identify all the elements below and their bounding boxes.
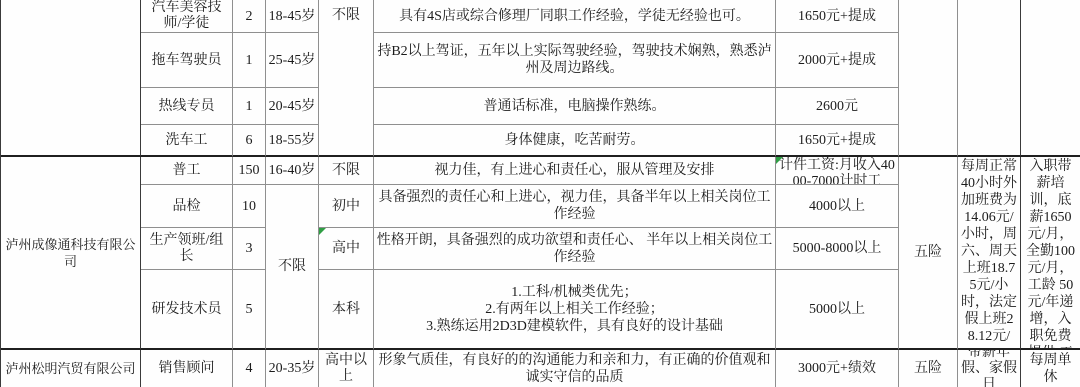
headcount-cell: 150 — [233, 157, 266, 185]
requirements-cell: 持B2以上驾证，五年以上实际驾驶经验，驾驶技术娴熟，熟悉泸州及周边路线。 — [374, 33, 776, 88]
insurance-cell: 五险 — [899, 157, 958, 350]
company-cell: 泸州成像通科技有限公司 — [1, 157, 141, 350]
requirements-cell: 形象气质佳，有良好的的沟通能力和亲和力，有正确的价值观和诚实守信的品质 — [374, 350, 776, 387]
salary-cell: 4000以上 — [776, 185, 899, 228]
age-range-cell: 16-40岁 — [266, 157, 319, 185]
requirements-cell: 普通话标准，电脑操作熟练。 — [374, 88, 776, 125]
salary-text: 计件工资:月收入4000-7000计时工 — [778, 158, 896, 185]
age-range-cell: 20-35岁 — [266, 350, 319, 387]
education-cell: 高中 — [319, 228, 374, 270]
salary-cell: 2600元 — [776, 88, 899, 125]
work-schedule-cell: 每周正常40小时外加班费为14.06元/小时，周六、周天上班18.75元/小时，… — [958, 157, 1021, 350]
green-triangle-icon — [776, 157, 783, 164]
work-schedule-cell — [958, 0, 1021, 157]
age-range-cell: 18-55岁 — [266, 125, 319, 157]
age-range-cell: 18-45岁 — [266, 0, 319, 33]
age-range-cell: 不限 — [266, 185, 319, 350]
salary-cell: 3000元+绩效 — [776, 350, 899, 387]
education-cell: 高中以上 — [319, 350, 374, 387]
salary-cell: 5000-8000以上 — [776, 228, 899, 270]
headcount-cell: 5 — [233, 270, 266, 350]
headcount-cell: 3 — [233, 228, 266, 270]
education-cell: 初中 — [319, 185, 374, 228]
requirements-cell: 性格开朗，具备强烈的成功欲望和责任心、 半年以上相关岗位工作经验 — [374, 228, 776, 270]
salary-cell: 5000以上 — [776, 270, 899, 350]
job-listings-table: 汽车美容技师/学徒 2 18-45岁 具有4S店或综合修理厂同职工作经验，学徒无… — [0, 0, 1080, 387]
salary-cell: 1650元+提成 — [776, 0, 899, 33]
salary-cell: 1650元+提成 — [776, 125, 899, 157]
benefits-cell: 每周单休 — [1021, 350, 1080, 387]
headcount-cell: 2 — [233, 0, 266, 33]
education-cell: 不限 — [319, 157, 374, 185]
job-title-cell: 热线专员 — [141, 88, 233, 125]
requirements-cell: 具备强烈的责任心和上进心，视力佳，具备半年以上相关岗位工作经验 — [374, 185, 776, 228]
job-title-cell: 品检 — [141, 185, 233, 228]
job-title-cell: 洗车工 — [141, 125, 233, 157]
job-title-cell: 销售顾问 — [141, 350, 233, 387]
headcount-cell: 10 — [233, 185, 266, 228]
headcount-cell: 4 — [233, 350, 266, 387]
work-schedule-cell: 带薪年假、家假日 — [958, 350, 1021, 387]
company-cell: 泸州松明汽贸有限公司 — [1, 350, 141, 387]
requirements-cell: 具有4S店或综合修理厂同职工作经验，学徒无经验也可。 — [374, 0, 776, 33]
insurance-cell: 五险 — [899, 350, 958, 387]
headcount-cell: 6 — [233, 125, 266, 157]
job-title-cell: 生产领班/组长 — [141, 228, 233, 270]
headcount-cell: 1 — [233, 33, 266, 88]
age-range-cell: 25-45岁 — [266, 33, 319, 88]
headcount-cell: 1 — [233, 88, 266, 125]
requirements-cell: 身体健康，吃苦耐劳。 — [374, 125, 776, 157]
company-cell — [1, 0, 141, 157]
benefits-cell: 入职带薪培训，底薪1650元/月，全勤100元/月，工龄 50元/年递增，入职免… — [1021, 157, 1080, 350]
job-title-cell: 普工 — [141, 157, 233, 185]
job-title-cell: 研发技术员 — [141, 270, 233, 350]
benefits-cell — [1021, 0, 1080, 157]
education-cell: 本科 — [319, 270, 374, 350]
salary-cell: 计件工资:月收入4000-7000计时工 — [776, 157, 899, 185]
age-range-cell: 20-45岁 — [266, 88, 319, 125]
requirements-cell: 视力佳，有上进心和责任心，服从管理及安排 — [374, 157, 776, 185]
education-cell: 不限 — [319, 0, 374, 157]
salary-cell: 2000元+提成 — [776, 33, 899, 88]
insurance-cell — [899, 0, 958, 157]
green-triangle-icon — [319, 228, 326, 235]
requirements-cell: 1.工科/机械类优先； 2.有两年以上相关工作经验； 3.熟练运用2D3D建模软… — [374, 270, 776, 350]
education-text: 高中 — [332, 240, 360, 257]
job-title-cell: 拖车驾驶员 — [141, 33, 233, 88]
job-title-cell: 汽车美容技师/学徒 — [141, 0, 233, 33]
